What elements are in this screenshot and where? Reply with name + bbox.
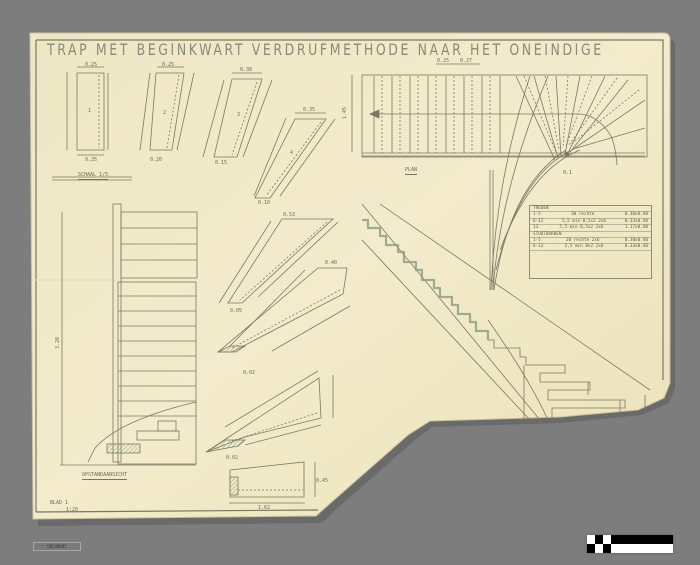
plan-label: PLAN (405, 167, 417, 175)
panel-4-bottom-dim: 0.10 (258, 200, 270, 206)
legend-row: 6-12 2,5 min 8x2 2x6 0.33x0.40 (530, 244, 651, 250)
panel-4-top-dim: 0.35 (303, 107, 315, 113)
materials-legend: TREDEN 1-5 30 rechte 0.30x0.40 6-12 5,5 … (529, 205, 652, 279)
panel-7-bottom-dim: 0.02 (226, 455, 238, 461)
panel-2-number: 2 (163, 110, 166, 116)
panel-4-number: 4 (290, 150, 293, 156)
panel-1-top-dim: 0.25 (85, 62, 97, 68)
panel-6-top-dim: 0.40 (325, 260, 337, 266)
scale-colorbar (587, 535, 673, 553)
sheet-scale: 1:20 (66, 507, 78, 513)
scale-label: SCHAAL 1/5 (78, 172, 108, 180)
overall-height-dimension: 3.20 (55, 337, 61, 349)
panel-5-bottom-dim: 0.05 (230, 308, 242, 314)
archive-tag: DOCUMENT (33, 542, 81, 551)
panel-3-top-dim: 0.30 (240, 67, 252, 73)
pivot-label: 0.1 (563, 170, 572, 176)
panel-2-top-dim: 0.25 (162, 62, 174, 68)
plan-tread-dim-1: 0.25 (437, 58, 449, 64)
panel-1-number: 1 (88, 108, 91, 114)
archival-photo: TRAP MET BEGINKWART VERDRUFMETHODE NAAR … (0, 0, 700, 565)
panel-6-bottom-dim: 0.02 (243, 370, 255, 376)
panel-3-bottom-dim: 0.15 (215, 160, 227, 166)
elevation-label: OPSTANDAANSICHT (82, 472, 127, 480)
panel-1-bottom-dim: 0.25 (85, 157, 97, 163)
bottom-panel-height: 0.45 (316, 478, 328, 484)
panel-3-number: 3 (237, 112, 240, 118)
drawing-title: TRAP MET BEGINKWART VERDRUFMETHODE NAAR … (47, 40, 604, 59)
sheet-label: BLAD 1 (50, 500, 68, 506)
panel-2-bottom-dim: 0.20 (150, 157, 162, 163)
plan-tread-dim-2: 0.27 (460, 58, 472, 64)
bottom-panel-width: 1.62 (258, 505, 270, 511)
paper-sheet (0, 0, 700, 565)
plan-width-dimension: 1.45 (342, 107, 348, 119)
panel-5-top-dim: 0.53 (283, 212, 295, 218)
